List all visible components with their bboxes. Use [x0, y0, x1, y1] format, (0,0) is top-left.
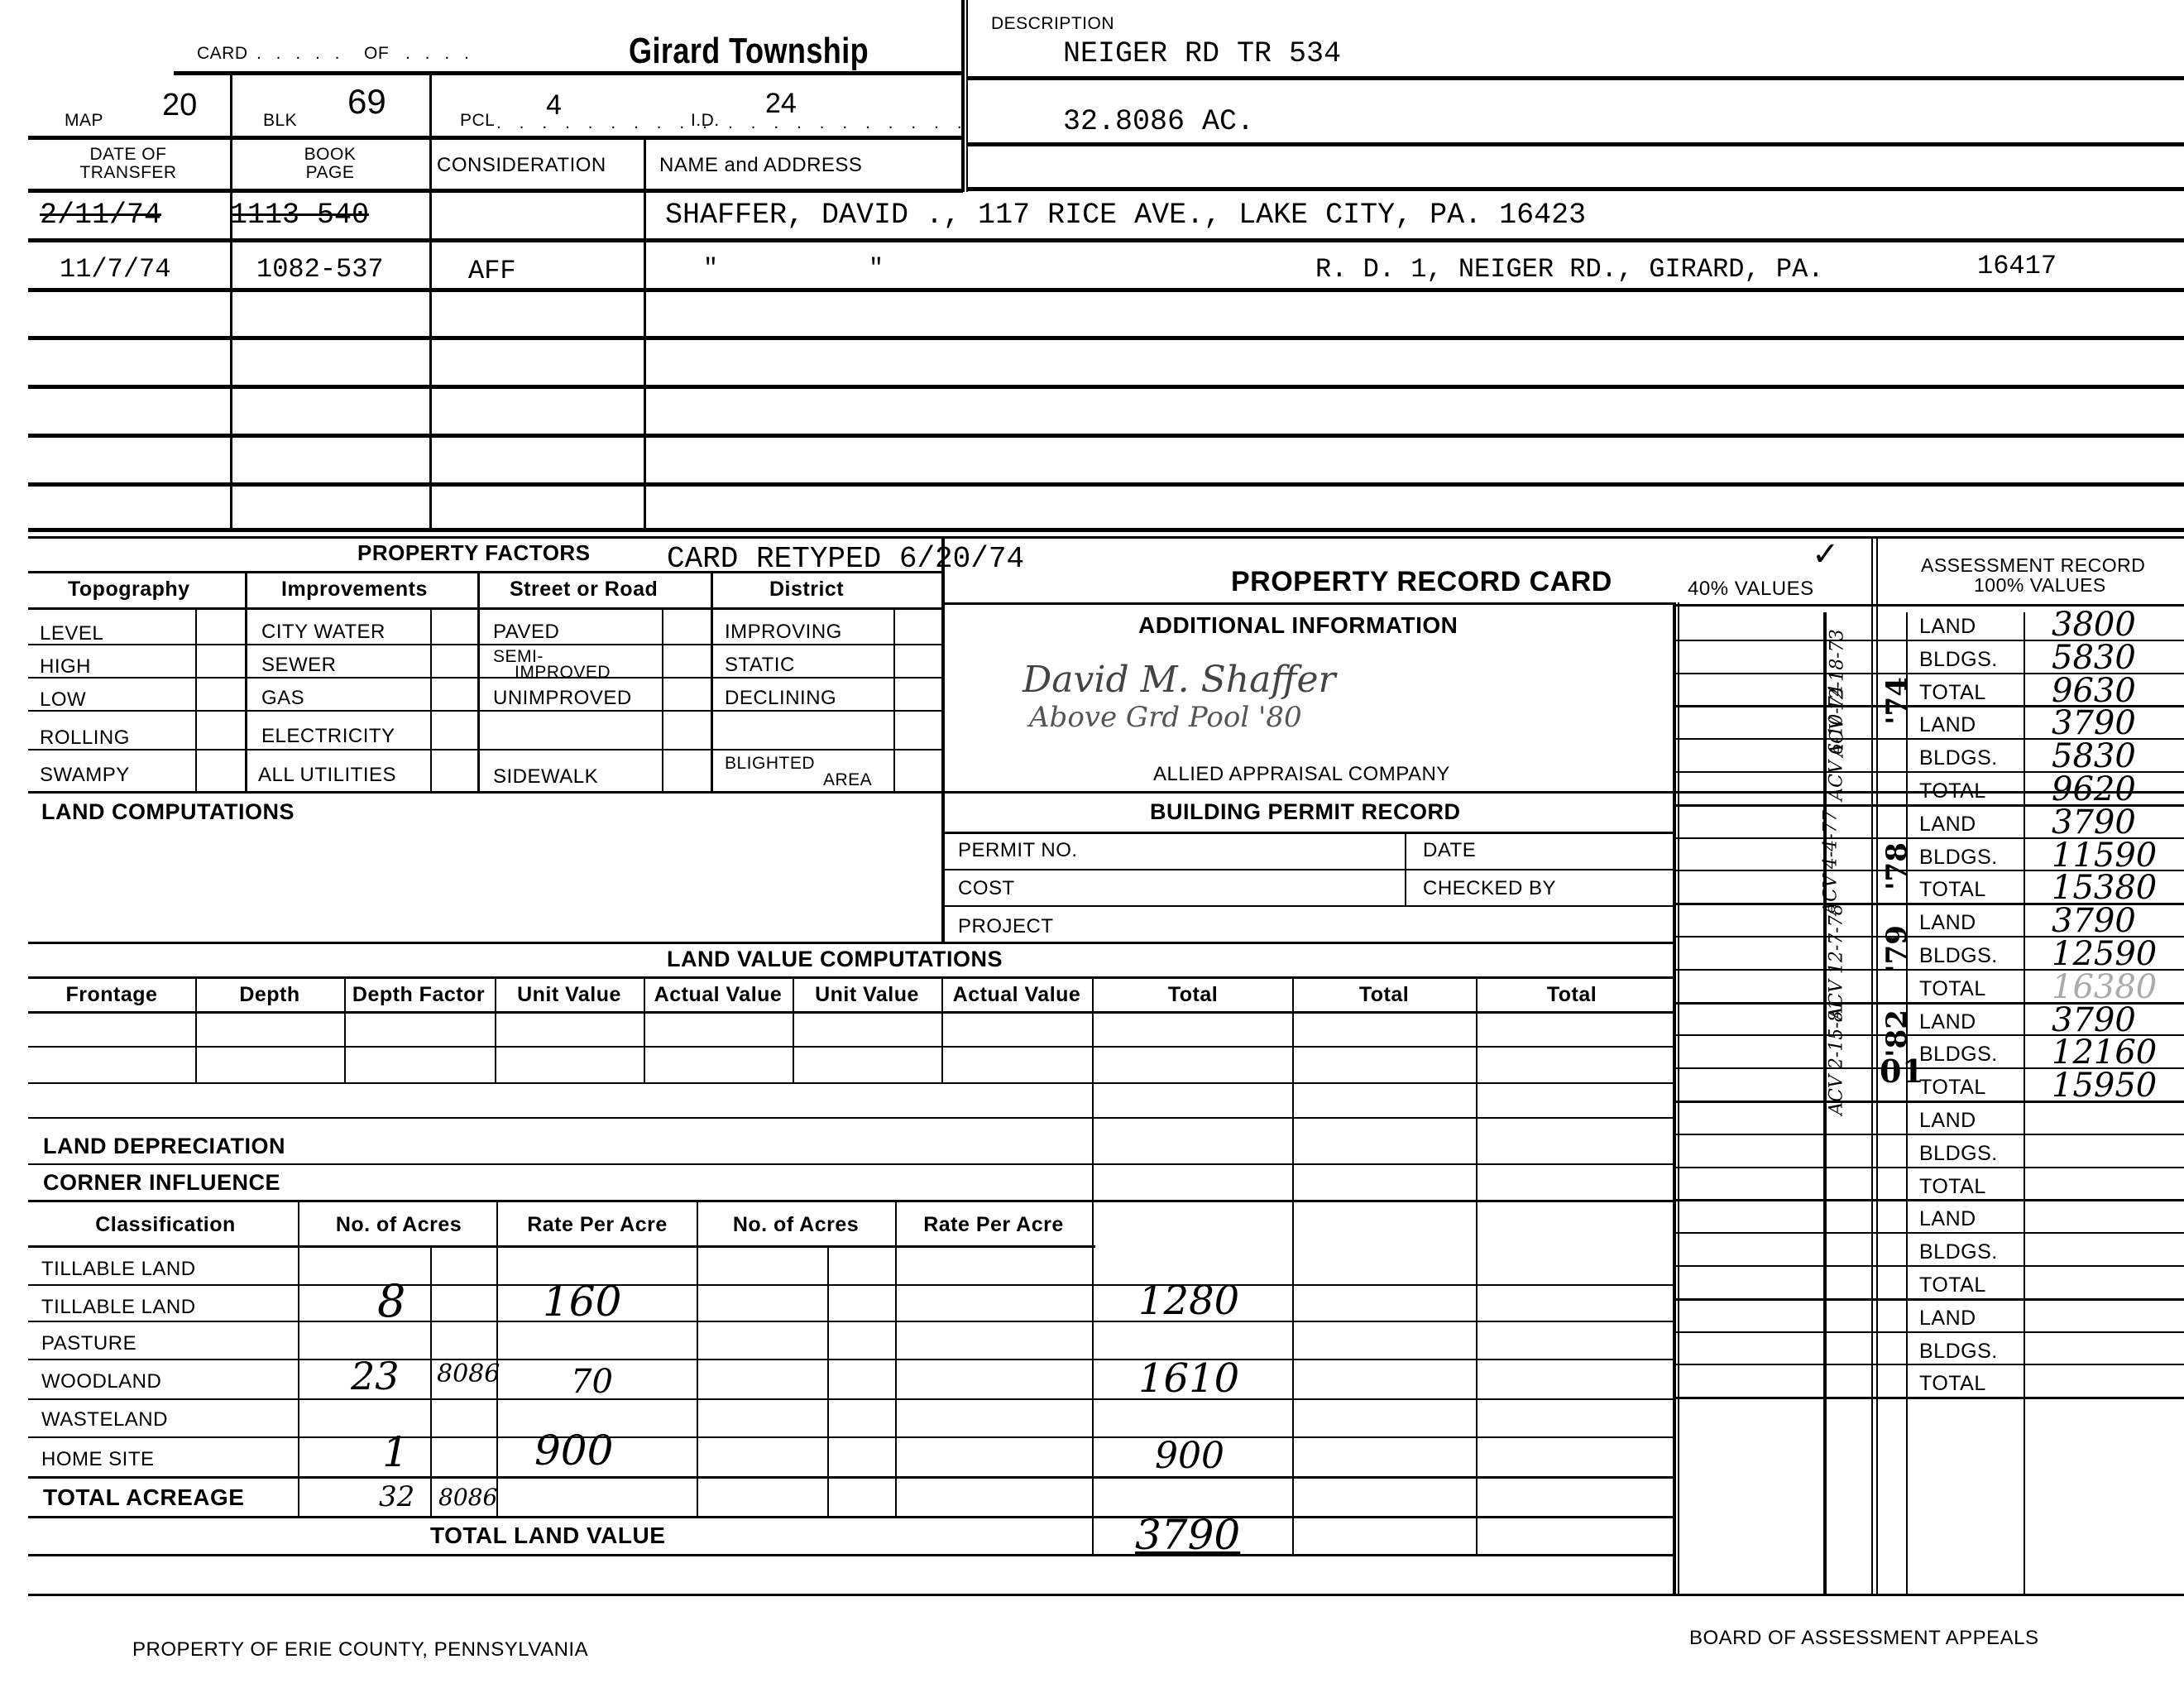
total-land-value: 3790	[1135, 1514, 1240, 1556]
assessment-row-label: LAND	[1919, 1012, 1976, 1033]
land-value-title: LAND VALUE COMPUTATIONS	[667, 948, 1003, 971]
acreage-row-rule	[28, 1476, 1673, 1479]
assessment-row-rule	[1673, 1298, 2184, 1301]
district-declining[interactable]: DECLINING	[725, 688, 836, 708]
assessment-label-left	[1906, 612, 1908, 1595]
checked-by-label: CHECKED BY	[1423, 879, 1556, 899]
assessment-total-value: 16380	[2052, 971, 2157, 1004]
factor-row-rule	[28, 749, 941, 750]
acres-value: 8	[377, 1279, 405, 1324]
assessment-land-value: 3790	[2052, 806, 2136, 839]
project-label: PROJECT	[958, 917, 1054, 937]
assessment-row-rule	[1673, 1167, 2184, 1168]
assessment-bldgs-value: 5830	[2052, 641, 2136, 674]
assessment-land-value: 3800	[2052, 608, 2136, 641]
col-no-of-acres-2: No. of Acres	[698, 1215, 893, 1235]
checkbox-col	[430, 607, 432, 793]
assessment-left-border-2	[1876, 536, 1878, 1595]
year-stamp: '82	[1883, 1009, 1911, 1057]
total-acreage-value: 32	[379, 1483, 414, 1511]
lvc-col	[644, 976, 645, 1082]
improvement-city-water[interactable]: CITY WATER	[261, 622, 386, 642]
check-mark-icon: ✓	[1812, 538, 1840, 571]
improvement-all-utilities[interactable]: ALL UTILITIES	[258, 765, 396, 785]
acreage-row-rule	[28, 1398, 1673, 1400]
assessment-total-value: 9630	[2052, 674, 2136, 707]
topo-low[interactable]: LOW	[40, 690, 86, 710]
assessment-row-label: LAND	[1919, 715, 1976, 736]
id-dots: . . . . . . . . . . .	[728, 114, 969, 132]
transfer-row-rule	[28, 238, 2184, 242]
property-record-card-title: PROPERTY RECORD CARD	[1231, 568, 1612, 596]
handwritten-note: Above Grd Pool '80	[1029, 703, 1302, 731]
rate-value: 160	[543, 1281, 621, 1322]
bottom-rule	[28, 1594, 2184, 1596]
transfer-row-rule	[28, 482, 2184, 487]
classification: TILLABLE LAND	[41, 1297, 196, 1317]
acres-value: 1	[382, 1431, 409, 1473]
lvc-row-rule	[28, 1117, 1673, 1119]
cost-label: COST	[958, 879, 1015, 899]
map-label: MAP	[65, 112, 103, 129]
year-stamp: '74	[1883, 677, 1911, 725]
classification: WOODLAND	[41, 1372, 161, 1392]
pcl-label: PCL	[460, 112, 495, 129]
permit-no-label: PERMIT NO.	[958, 841, 1078, 861]
ditto-mark: "	[869, 257, 884, 281]
classification: HOME SITE	[41, 1450, 155, 1470]
transfer-row-rule	[28, 288, 2184, 292]
card-of-label: OF	[364, 45, 389, 62]
description-rule-2	[966, 142, 2184, 146]
assessment-row-label: TOTAL	[1919, 1374, 1986, 1394]
transfer-header-rule-right	[966, 187, 2184, 191]
col-total-2: Total	[1292, 985, 1476, 1005]
topo-swampy[interactable]: SWAMPY	[40, 765, 130, 785]
project-bottom-rule	[28, 942, 1673, 944]
assessment-row-label: BLDGS.	[1919, 1242, 1998, 1263]
assessment-subtitle: 100% VALUES	[1974, 576, 2106, 595]
permit-row-rule	[941, 905, 1673, 907]
lvc-row-rule	[28, 1163, 1673, 1165]
assessment-bldgs-value: 12160	[2052, 1036, 2157, 1069]
col-no-of-acres: No. of Acres	[299, 1215, 498, 1235]
col-total-1: Total	[1094, 985, 1292, 1005]
topo-high[interactable]: HIGH	[40, 657, 91, 677]
col-actual-value: Actual Value	[644, 985, 793, 1005]
col-header-consideration: CONSIDERATION	[437, 156, 606, 175]
land-depreciation-label: LAND DEPRECIATION	[43, 1135, 285, 1158]
assessment-row-label: LAND	[1919, 1308, 1976, 1329]
street-sidewalk[interactable]: SIDEWALK	[493, 767, 598, 787]
stamp-01: 01	[1880, 1056, 1924, 1087]
description-label: DESCRIPTION	[991, 15, 1114, 32]
district-blighted-2[interactable]: AREA	[823, 771, 872, 789]
improvement-electricity[interactable]: ELECTRICITY	[261, 727, 395, 746]
permit-rule	[941, 832, 1673, 834]
assessment-row-label: LAND	[1919, 814, 1976, 835]
id-label: I.D.	[691, 112, 720, 129]
total-col	[1292, 976, 1294, 1556]
section-rule	[28, 528, 2184, 532]
assessment-row-rule	[1673, 1331, 2184, 1333]
acv-note: ACV 2-15-81	[1827, 999, 1847, 1115]
assessment-row-label: TOTAL	[1919, 979, 1986, 1000]
transfer-book-page: 1113-540	[230, 201, 369, 230]
lvc-rule	[28, 976, 1673, 979]
id-value: 24	[765, 89, 797, 117]
assessment-row-label: BLDGS.	[1919, 1044, 1998, 1065]
township-name: Girard Township	[629, 33, 869, 70]
factor-col-divider	[245, 571, 247, 793]
assessment-total-value: 15380	[2052, 871, 2157, 904]
acreage-row-rule	[28, 1321, 1673, 1322]
acreage-col-frac	[827, 1245, 829, 1516]
description-rule-1	[966, 76, 2184, 80]
assessment-row-label: BLDGS.	[1919, 847, 1998, 868]
assessment-row-rule	[1673, 1364, 2184, 1365]
col-topography: Topography	[68, 579, 190, 600]
assessment-row-rule	[1673, 1134, 2184, 1135]
col-unit-value-2: Unit Value	[793, 985, 941, 1005]
acv-note: ACV 6-10-74	[1827, 684, 1847, 800]
factor-right-border	[941, 536, 945, 942]
handwritten-owner: David M. Shaffer	[1023, 662, 1336, 698]
transfer-row-rule	[28, 385, 2184, 389]
factors-header-rule	[28, 607, 941, 610]
total-value: 900	[1155, 1438, 1224, 1475]
district-static[interactable]: STATIC	[725, 655, 795, 675]
assessment-row-label: LAND	[1919, 1209, 1976, 1230]
topo-rolling[interactable]: ROLLING	[40, 728, 130, 748]
transfer-zip: 16417	[1977, 253, 2057, 280]
card-of-dots: . . . .	[405, 45, 474, 62]
checkbox-col	[195, 607, 197, 793]
lvc-row-rule	[28, 1046, 1673, 1048]
building-permit-title: BUILDING PERMIT RECORD	[1150, 801, 1461, 823]
assessment-row-rule	[1673, 1199, 2184, 1201]
factor-row-rule	[28, 644, 941, 645]
total-land-value-rule	[28, 1554, 1673, 1556]
col-header-book-1: BOOK	[233, 146, 427, 163]
lvc-col	[793, 976, 794, 1082]
assessment-total-value: 9620	[2052, 773, 2136, 806]
total-value: 1610	[1138, 1359, 1239, 1398]
corner-influence-label: CORNER INFLUENCE	[43, 1172, 280, 1194]
card-retyped-note: CARD RETYPED 6/20/74	[667, 544, 1024, 574]
factor-col-divider	[711, 571, 713, 793]
section-rule-2	[28, 536, 2184, 539]
values-left-border-2	[1678, 602, 1679, 1595]
acreage-col-frac	[430, 1245, 432, 1516]
col-frontage: Frontage	[33, 985, 190, 1005]
topo-level[interactable]: LEVEL	[40, 624, 103, 644]
ditto-mark: "	[703, 257, 718, 281]
factors-bottom-rule	[28, 791, 2184, 794]
transfer-book-page: 1082-537	[256, 257, 384, 283]
col-header-date-2: TRANSFER	[33, 164, 223, 181]
assessment-row-label: TOTAL	[1919, 683, 1986, 703]
assessment-row-rule	[1673, 1397, 2184, 1399]
street-paved[interactable]: PAVED	[493, 622, 559, 642]
acreage-header-rule	[28, 1245, 1095, 1248]
total-acreage-rule	[28, 1516, 1673, 1518]
acreage-row-rule	[28, 1284, 1673, 1286]
col-district: District	[769, 579, 844, 600]
assessment-row-label: BLDGS.	[1919, 650, 1998, 670]
factor-row-rule	[28, 710, 941, 712]
lvc-col	[495, 976, 496, 1082]
total-land-value-label: TOTAL LAND VALUE	[430, 1524, 665, 1547]
lvc-col	[344, 976, 346, 1082]
col-unit-value: Unit Value	[495, 985, 644, 1005]
acreage-row-rule	[28, 1359, 1673, 1360]
col-total-3: Total	[1476, 985, 1668, 1005]
assessment-row-label: LAND	[1919, 616, 1976, 637]
total-col	[1476, 976, 1478, 1556]
improvement-sewer[interactable]: SEWER	[261, 655, 337, 675]
col-rate-per-acre: Rate Per Acre	[498, 1215, 697, 1235]
district-blighted-1[interactable]: BLIGHTED	[725, 755, 815, 772]
col-divider-consideration	[644, 136, 646, 530]
street-unimproved[interactable]: UNIMPROVED	[493, 688, 632, 708]
checkbox-col	[662, 607, 663, 793]
district-improving[interactable]: IMPROVING	[725, 622, 842, 642]
footer-board-appeals: BOARD OF ASSESSMENT APPEALS	[1689, 1628, 2039, 1648]
assessment-row-label: LAND	[1919, 1110, 1976, 1131]
col-depth-factor: Depth Factor	[344, 985, 493, 1005]
assessment-row-label: TOTAL	[1919, 1275, 1986, 1296]
assessment-row-rule	[1673, 1265, 2184, 1267]
permit-row-rule	[941, 869, 1673, 870]
land-computations-title: LAND COMPUTATIONS	[41, 801, 295, 823]
col-actual-value-2: Actual Value	[941, 985, 1092, 1005]
description-line-2: 32.8086 AC.	[1063, 108, 1254, 137]
values-left-border	[1673, 602, 1676, 1595]
transfer-date: 11/7/74	[60, 257, 170, 283]
property-factors-title: PROPERTY FACTORS	[357, 542, 591, 563]
card-label: CARD	[197, 45, 248, 62]
factor-col-divider	[477, 571, 480, 793]
checkbox-col	[893, 607, 895, 793]
assessment-row-label: BLDGS.	[1919, 1341, 1998, 1362]
assessment-bldgs-value: 12590	[2052, 938, 2157, 971]
transfer-consideration: AFF	[468, 258, 516, 285]
classification: PASTURE	[41, 1334, 136, 1354]
assessment-value-left	[2024, 612, 2025, 1595]
appraiser-name: ALLIED APPRAISAL COMPANY	[1153, 765, 1450, 784]
header-divider-2	[966, 0, 968, 192]
map-row-rule	[28, 136, 963, 140]
assessment-land-value: 3790	[2052, 904, 2136, 938]
col-classification: Classification	[33, 1215, 298, 1235]
factor-row-rule	[28, 677, 941, 679]
pcl-value: 4	[546, 91, 562, 119]
rate-value: 900	[534, 1430, 613, 1471]
assessment-row-rule	[1673, 1232, 2184, 1234]
classification: WASTELAND	[41, 1410, 168, 1430]
col-divider-book	[429, 73, 432, 530]
factors-rule	[28, 571, 941, 573]
total-value: 1280	[1138, 1281, 1239, 1321]
assessment-bldgs-value: 5830	[2052, 740, 2136, 773]
total-acreage-label: TOTAL ACREAGE	[43, 1486, 244, 1509]
assessment-land-value: 3790	[2052, 1004, 2136, 1037]
street-semi-2[interactable]: IMPROVED	[515, 664, 611, 681]
transfer-row-rule	[28, 434, 2184, 438]
additional-info-title: ADDITIONAL INFORMATION	[1138, 614, 1458, 637]
acres-fraction: 8086	[437, 1362, 500, 1387]
year-stamp: '79	[1883, 925, 1911, 973]
col-rate-per-acre-2: Rate Per Acre	[895, 1215, 1092, 1235]
year-stamp: '78	[1883, 842, 1911, 890]
acv-note: ACV 4-4-77	[1821, 810, 1842, 914]
improvement-gas[interactable]: GAS	[261, 688, 304, 708]
values-40-title: 40% VALUES	[1688, 579, 1814, 599]
transfer-name-address: SHAFFER, DAVID ., 117 RICE AVE., LAKE CI…	[665, 201, 1586, 230]
acreage-row-rule	[28, 1436, 1673, 1438]
card-dots: . . . . .	[256, 45, 345, 62]
acres-value: 23	[351, 1357, 400, 1395]
transfer-row-rule	[28, 336, 2184, 340]
lvc-col	[195, 976, 197, 1082]
description-line-1: NEIGER RD TR 534	[1063, 40, 1341, 69]
record-card-rule	[941, 602, 1673, 605]
classification: TILLABLE LAND	[41, 1259, 196, 1279]
header-rule	[174, 71, 964, 75]
map-value: 20	[162, 89, 197, 121]
col-divider-date	[230, 73, 232, 530]
assessment-row-label: TOTAL	[1919, 1177, 1986, 1197]
assessment-row-label: LAND	[1919, 913, 1976, 933]
assessment-row-label: TOTAL	[1919, 781, 1986, 802]
assessment-land-value: 3790	[2052, 707, 2136, 740]
col-header-book-2: PAGE	[233, 164, 427, 181]
assessment-row-label: BLDGS.	[1919, 748, 1998, 769]
assessment-row-label: TOTAL	[1919, 1077, 1986, 1098]
lvc-header-rule	[28, 1011, 1673, 1014]
assessment-row-label: BLDGS.	[1919, 1144, 1998, 1164]
lvc-row-rule	[28, 1200, 1673, 1202]
blk-value: 69	[347, 84, 386, 119]
date-label: DATE	[1423, 841, 1476, 861]
lvc-col	[941, 976, 943, 1082]
assessment-left-border	[1871, 536, 1873, 1595]
lvc-row-rule	[28, 1082, 1673, 1084]
total-col	[1092, 976, 1094, 1556]
assessment-row-label: BLDGS.	[1919, 946, 1998, 966]
rate-value: 70	[571, 1365, 613, 1398]
transfer-header-rule	[28, 189, 963, 193]
transfer-date: 2/11/74	[40, 201, 161, 230]
blk-label: BLK	[263, 112, 297, 129]
header-divider	[961, 0, 965, 192]
col-header-name: NAME and ADDRESS	[659, 156, 862, 175]
total-acreage-fraction: 8086	[438, 1486, 497, 1509]
col-improvements: Improvements	[281, 579, 428, 600]
pcl-dots: . . . . . . . . . .	[496, 114, 714, 132]
col-street-or-road: Street or Road	[510, 579, 658, 600]
footer-property-of: PROPERTY OF ERIE COUNTY, PENNSYLVANIA	[132, 1640, 588, 1660]
assessment-total-value: 15950	[2052, 1069, 2157, 1102]
assessment-row-label: TOTAL	[1919, 880, 1986, 900]
assessment-title: ASSESSMENT RECORD	[1921, 556, 2145, 575]
col-header-date-1: DATE OF	[33, 146, 223, 163]
col-depth: Depth	[195, 985, 344, 1005]
transfer-address: R. D. 1, NEIGER RD., GIRARD, PA.	[1315, 257, 1824, 283]
assessment-bldgs-value: 11590	[2052, 839, 2157, 872]
